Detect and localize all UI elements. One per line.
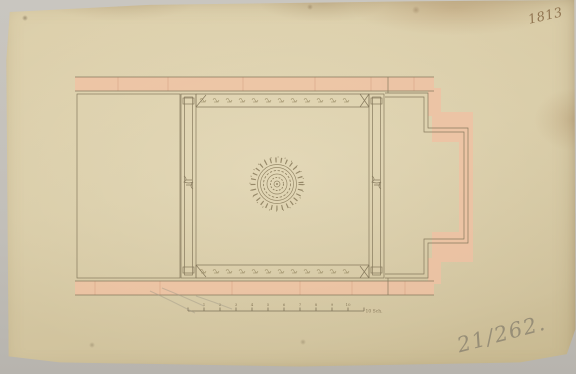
- plan-drawing: 1 2 3 4 5 6 7 8 9 10 10 Sch.: [0, 0, 576, 374]
- scale-tick-label: 8: [315, 302, 318, 307]
- scale-tick-label: 10: [345, 302, 351, 307]
- left-room: [77, 94, 180, 278]
- wall-bay-bottom-left: [428, 258, 441, 284]
- scale-end-label: 10 Sch.: [365, 309, 383, 315]
- scale-tick-label: 6: [283, 302, 286, 307]
- scale-tick-label: 4: [251, 302, 254, 307]
- frieze-top: [196, 94, 369, 107]
- wall-bay-right: [459, 140, 473, 234]
- scale-tick-label: 9: [331, 302, 334, 307]
- frieze-bottom-motifs: [200, 269, 349, 273]
- ceiling-rosette: [250, 157, 304, 211]
- scale-tick-label: 1: [203, 302, 206, 307]
- ink-outlines: [75, 77, 468, 295]
- wall-bay-top-left: [428, 88, 441, 116]
- scale-bar: [188, 308, 364, 312]
- scale-tick-label: 5: [267, 302, 270, 307]
- scale-tick-label: 3: [235, 302, 238, 307]
- frieze-top-motifs: [200, 98, 349, 102]
- scale-tick-label: 7: [299, 302, 302, 307]
- walls-wash: [75, 77, 473, 295]
- wall-top: [75, 77, 434, 91]
- wall-bay-bottom: [432, 232, 473, 262]
- wall-bay-top: [432, 112, 473, 142]
- pilaster-right: [369, 94, 384, 278]
- wall-joints: [95, 77, 414, 295]
- pilaster-left: [181, 94, 196, 278]
- wall-bottom: [75, 281, 434, 295]
- frieze-bottom: [196, 265, 369, 278]
